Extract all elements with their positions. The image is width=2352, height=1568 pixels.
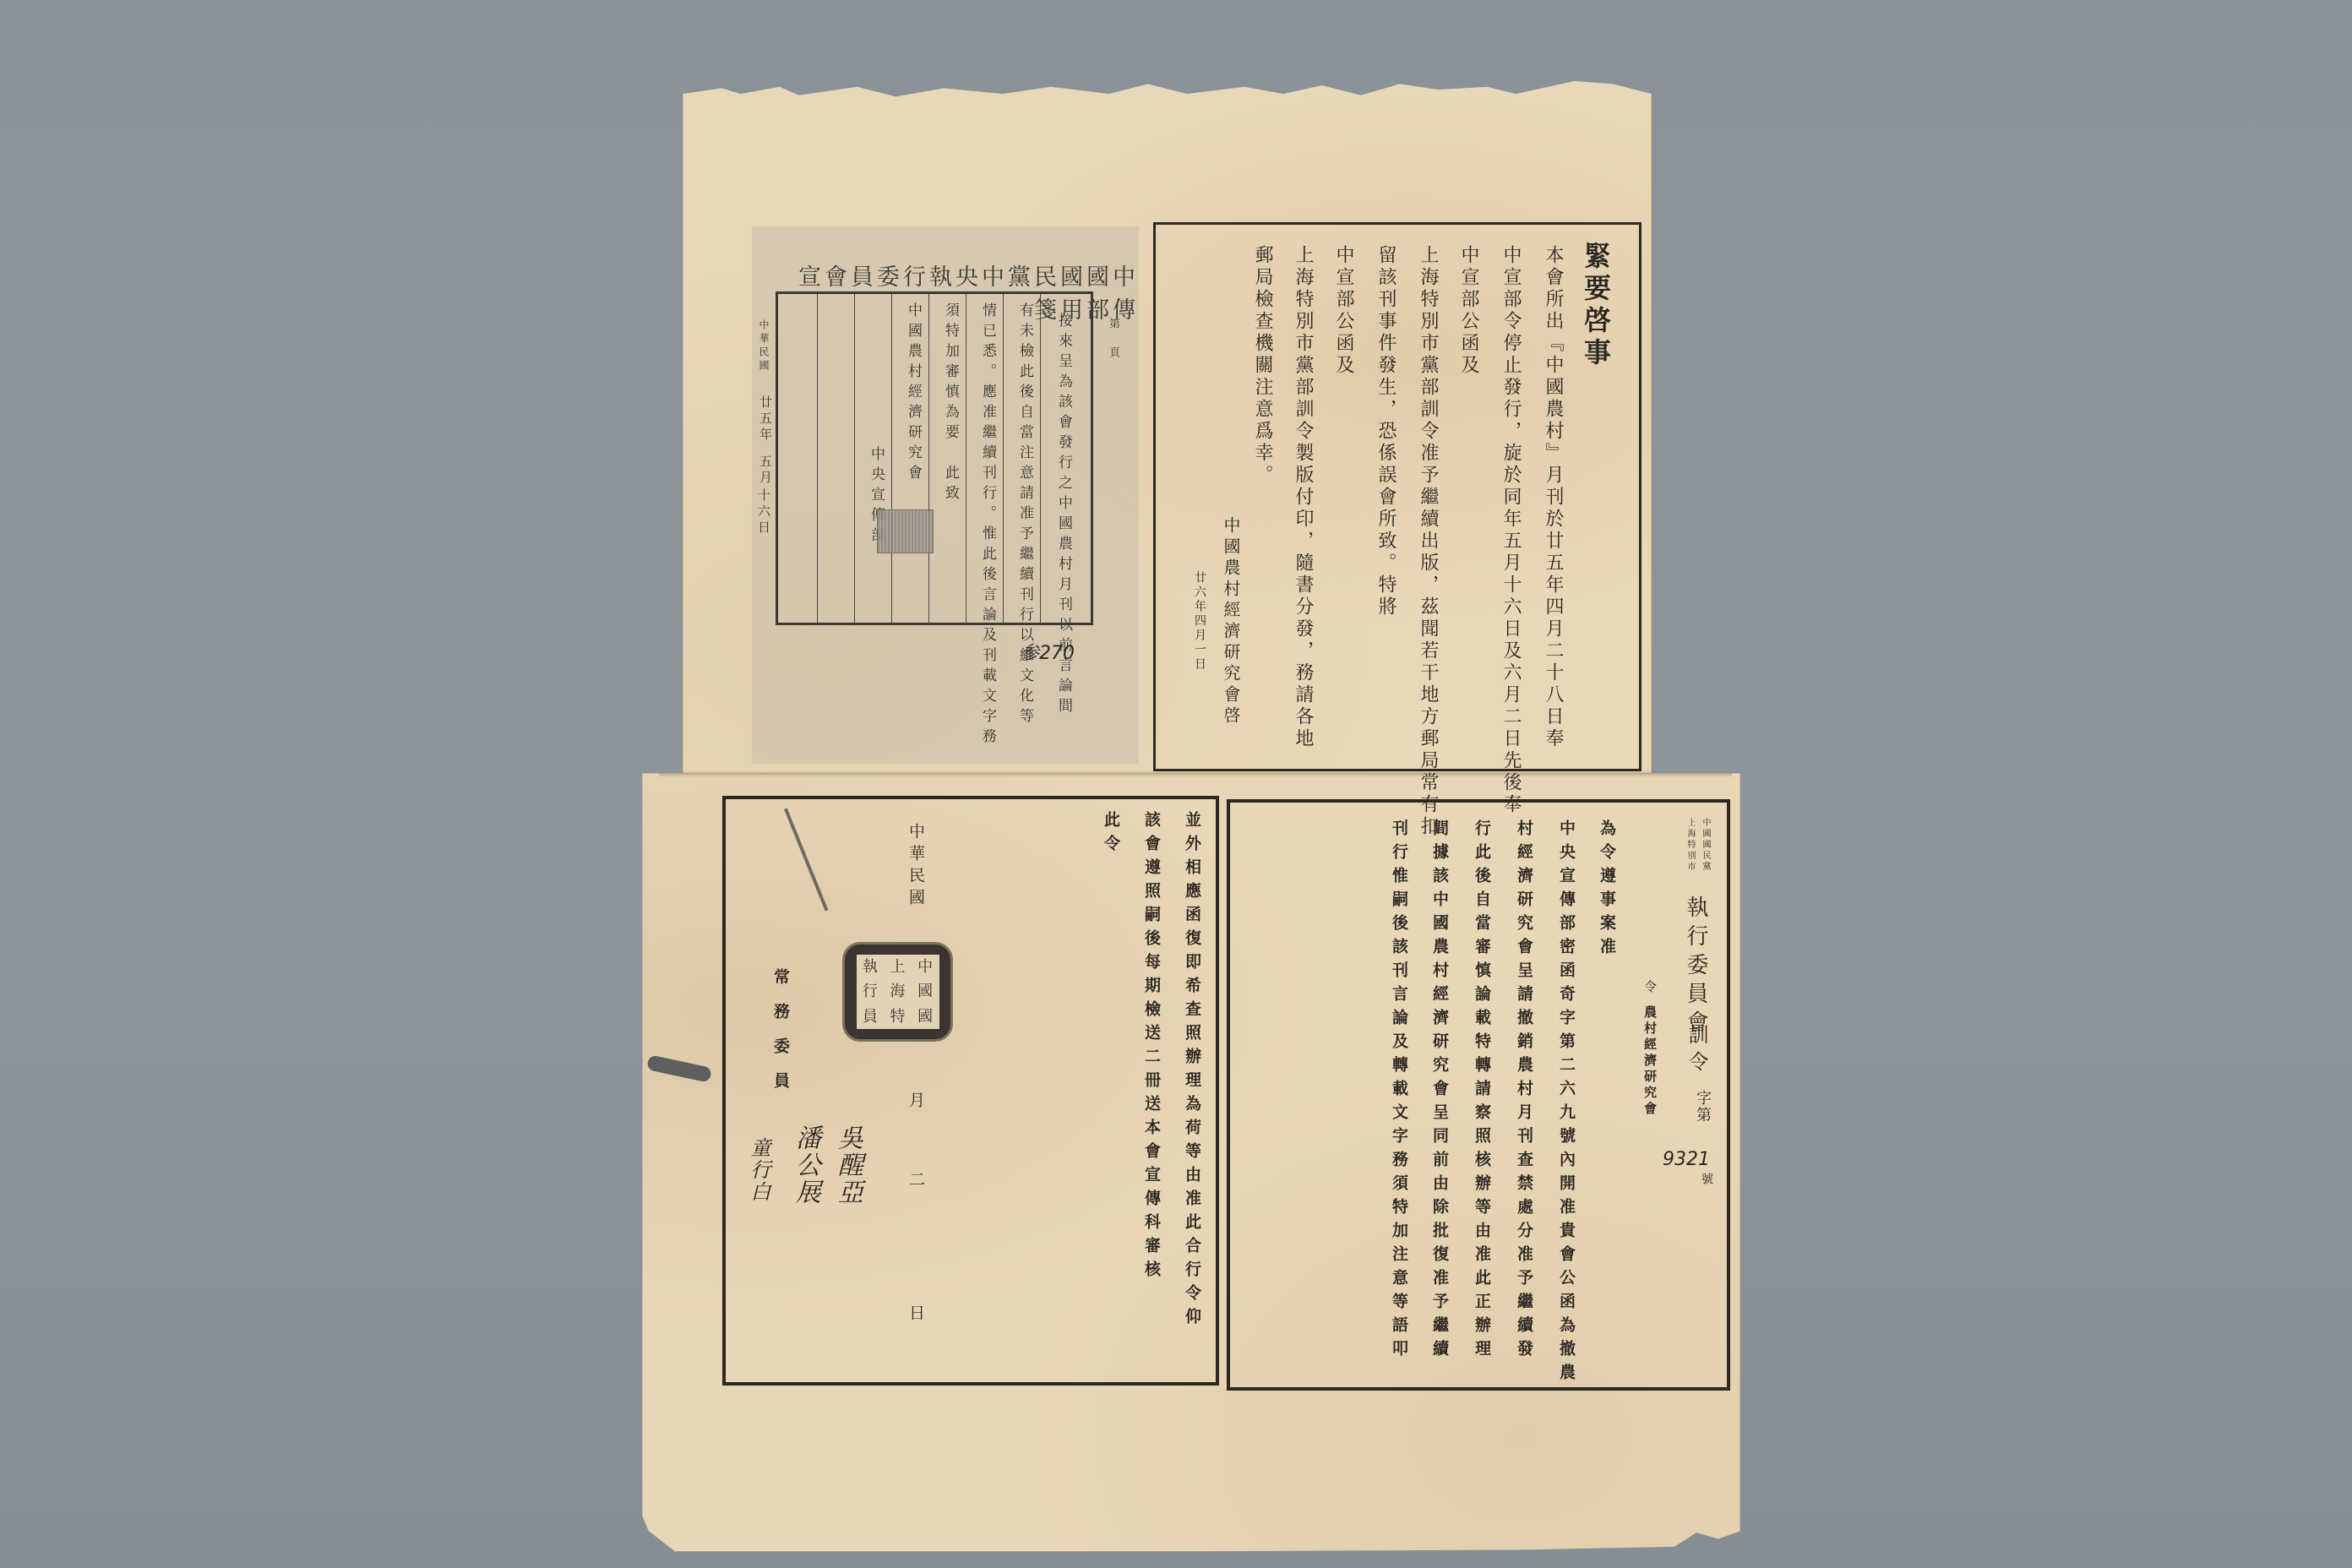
doc-number-suffix: 號 (1698, 1173, 1715, 1184)
notice-column: 留該刊事件發生，恐係誤會所致。特將 (1367, 245, 1404, 618)
issuer-line-2: 上海特別市 (1684, 818, 1696, 873)
notice-column: 中宣部公函及 (1450, 245, 1487, 377)
date-prefix: 中華民國 (905, 823, 928, 911)
doc-type: 訓令 (1682, 1024, 1712, 1078)
official-seal: 中 上 執 國 海 行 國 特 員 (845, 945, 950, 1039)
seal-char: 海 (884, 979, 912, 1004)
date-day: 十六日 (755, 488, 773, 536)
notice-signature: 中國農村經濟研究會啓 (1219, 516, 1244, 727)
seal-char: 中 (912, 955, 939, 979)
doc-number-prefix: 字第 (1691, 1090, 1713, 1124)
order-column: 該會遵照嗣後每期檢送二冊送本會宣傳科審核 (1141, 811, 1163, 1284)
date-year: 廿五年 (757, 395, 775, 444)
propaganda-dept-letter: 中國國民黨中央執行委員會宣傳部用箋 第 頁 中華民國 廿五年 五月 十六日 接來… (752, 226, 1139, 764)
issuer-title: 執行委員會 (1680, 896, 1712, 1039)
order-column: 中央宣傳部密函奇字第二六九號內開准貴會公函為撤農 (1555, 819, 1578, 1387)
issuer-line-1: 中國國民黨 (1699, 818, 1712, 873)
seal-char: 行 (857, 979, 885, 1004)
notice-column: 中宣部令停止發行，旋於同年五月十六日及六月二日先後奉 (1492, 245, 1529, 816)
seal-char: 國 (912, 979, 939, 1004)
order-column: 並外相應函復即希查照辦理為荷等由准此合行令仰 (1181, 811, 1204, 1331)
letter-ruled-grid: 接來呈為該會發行之中國農村月刊以前言論間 有未檢此後自當注意請准予繼續刊行以維文… (776, 291, 1093, 625)
seal-char: 國 (912, 1004, 939, 1029)
doc-number-handwritten: 9321 (1663, 1149, 1710, 1170)
addressee-prefix: 令 (1641, 980, 1659, 995)
notice-column: 上海特別市黨部訓令准予繼續出版，茲聞若干地方郵局常有扣 (1409, 245, 1446, 838)
order-column: 為令遵事案准 (1596, 819, 1619, 961)
order-column: 行此後自當審慎論載特轉請察照核辦等由准此正辦理 (1471, 819, 1494, 1364)
seal-char: 執 (857, 955, 885, 979)
executive-committee-order-box: 中國國民黨 上海特別市 執行委員會 訓令 字第 9321 號 令 農村經濟研究會… (1227, 799, 1730, 1391)
order-column: 間據該中國農村經濟研究會呈同前由除批復准予繼續 (1429, 819, 1451, 1364)
signature: 潘公展 (787, 1124, 824, 1206)
seal-char: 員 (857, 1004, 885, 1029)
committee-label: 常務委員 (770, 968, 792, 1107)
order-column: 村經濟研究會呈請撤銷農村月刊查禁處分准予繼續發 (1513, 819, 1536, 1364)
notice-column: 上海特別市黨部訓令製版付印，隨書分發，務請各地 (1284, 245, 1321, 750)
order-continuation-box: 並外相應函復即希查照辦理為荷等由准此合行令仰 該會遵照嗣後每期檢送二冊送本會宣傳… (722, 796, 1219, 1386)
sender-seal-stamp (877, 509, 934, 553)
letter-column: 須特加審慎為要 此致 (940, 302, 961, 505)
letter-column: 情已悉。應准繼續刊行。惟此後言論及刊載文字務 (977, 302, 999, 749)
order-column: 刊行惟嗣後該刊言論及轉載文字務須特加注意等語叩 (1388, 819, 1411, 1364)
paper-fold-line (659, 770, 1732, 777)
order-closing: 此令 (1100, 811, 1123, 858)
signature: 童行白 (744, 1137, 774, 1203)
notice-column: 中宣部公函及 (1325, 245, 1362, 377)
signature: 吳醒亞 (829, 1124, 866, 1206)
seal-char: 上 (884, 955, 912, 979)
date-prefix: 中華民國 (757, 319, 771, 373)
date-day: 二 日 (905, 1171, 928, 1371)
urgent-notice-box: 緊要啓事 本會所出『中國農村』月刊於廿五年四月二十八日奉 中宣部令停止發行，旋於… (1153, 222, 1641, 771)
handwritten-file-number: 参270 (1021, 639, 1075, 665)
letter-column: 中國農村經濟研究會 (903, 302, 924, 485)
page-label: 第 頁 (1105, 318, 1121, 361)
date-month: 五月 (757, 455, 775, 487)
notice-date: 廿六年四月一日 (1191, 571, 1208, 672)
notice-column: 郵局檢查機關注意爲幸。 (1244, 245, 1281, 487)
addressee: 農村經濟研究會 (1641, 1005, 1659, 1118)
notice-column: 本會所出『中國農村』月刊於廿五年四月二十八日奉 (1534, 245, 1571, 750)
seal-char: 特 (884, 1004, 912, 1029)
notice-title: 緊要啓事 (1576, 242, 1615, 370)
